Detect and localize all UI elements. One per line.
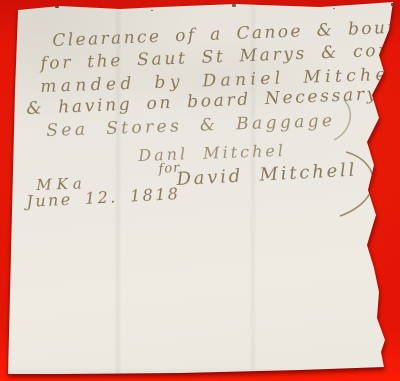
- document-paper: Clearance of a Canoe & bound for the Sau…: [0, 0, 400, 381]
- signature-flourish: [338, 146, 390, 224]
- paper-edge-specks: [55, 5, 59, 8]
- signature-david-mitchell: David Mitchell: [176, 160, 358, 190]
- photo-red-background: Clearance of a Canoe & bound for the Sau…: [0, 0, 400, 381]
- ink-flourish-after-baggage: [328, 98, 373, 143]
- document-paper-wrap: Clearance of a Canoe & bound for the Sau…: [0, 0, 400, 381]
